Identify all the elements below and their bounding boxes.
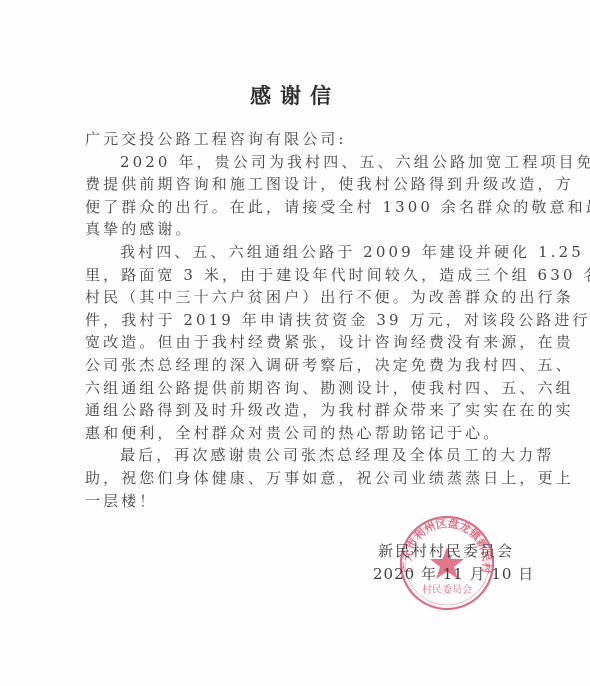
body-line: 件，我村于 2019 年申请扶贫资金 39 万元，对该段公路进行加 <box>85 309 505 332</box>
body-line: 村民（其中三十六户贫困户）出行不便。为改善群众的出行条 <box>85 286 505 309</box>
body-line: 宽改造。但由于我村经费紧张，设计咨询经费没有来源，在贵 <box>85 331 505 354</box>
body-line: 助，祝您们身体健康、万事如意，祝公司业绩蒸蒸日上，更上 <box>85 467 505 490</box>
letter-title: 感谢信 <box>0 80 590 110</box>
body-line: 惠和便利，全村群众对贵公司的热心帮助铭记于心。 <box>85 422 505 445</box>
body-line: 公司张杰总经理的深入调研考察后，决定免费为我村四、五、 <box>85 354 505 377</box>
letter-page: 感谢信 广元交投公路工程咨询有限公司: 2020 年，贵公司为我村四、五、六组公… <box>0 0 590 686</box>
body-line: 最后，再次感谢贵公司张杰总经理及全体员工的大力帮 <box>85 444 505 467</box>
body-line: 费提供前期咨询和施工图设计，使我村公路得到升级改造，方 <box>85 173 505 196</box>
salutation: 广元交投公路工程咨询有限公司: <box>85 128 505 151</box>
signature-organization: 新民村村民委员会 <box>378 540 514 561</box>
svg-text:· · · · · · · · · · · · ·: · · · · · · · · · · · · · <box>427 601 467 605</box>
body-line: 一层楼！ <box>85 490 505 513</box>
letter-body: 广元交投公路工程咨询有限公司: 2020 年，贵公司为我村四、五、六组公路加宽工… <box>85 128 505 512</box>
body-line: 通组公路得到及时升级改造，为我村群众带来了实实在在的实 <box>85 399 505 422</box>
body-line: 六组通组公路提供前期咨询、勘测设计，使我村四、五、六组 <box>85 377 505 400</box>
body-line: 里，路面宽 3 米，由于建设年代时间较久，造成三个组 630 名 <box>85 264 505 287</box>
signature-date: 2020 年 11 月 10 日 <box>373 563 534 584</box>
body-line: 便了群众的出行。在此，请接受全村 1300 余名群众的敬意和最 <box>85 196 505 219</box>
stamp-inner-text: 村民委员会 <box>422 583 472 596</box>
body-line: 2020 年，贵公司为我村四、五、六组公路加宽工程项目免 <box>85 151 505 174</box>
body-line: 我村四、五、六组通组公路于 2009 年建设并硬化 1.25 公 <box>85 241 505 264</box>
body-line: 真挚的感谢。 <box>85 218 505 241</box>
